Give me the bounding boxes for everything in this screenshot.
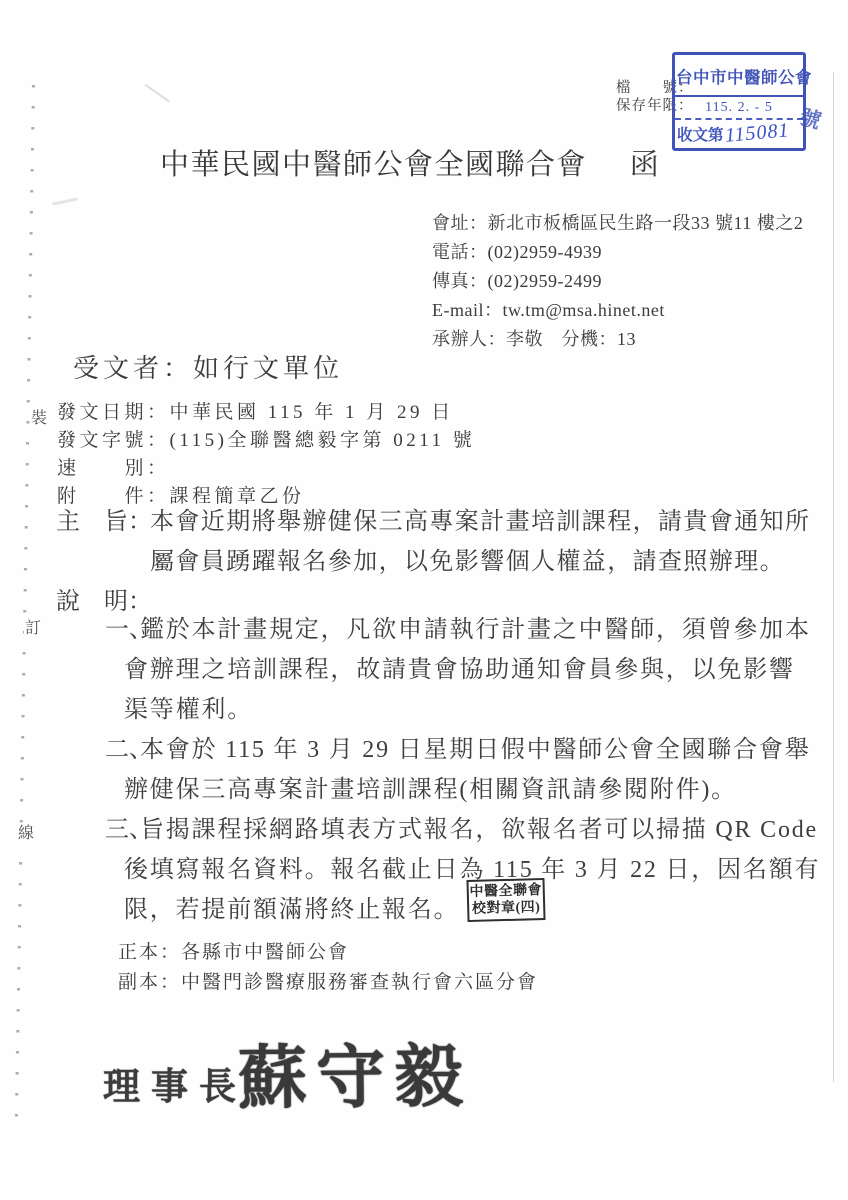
item-text-line: 本會於 115 年 3 月 29 日星期日假中醫師公會全國聯合會舉 bbox=[124, 730, 824, 770]
explanation-items: 一、 鑑於本計畫規定，凡欲申請執行計畫之中醫師，須曾參加本 會辦理之培訓課程，故… bbox=[0, 610, 848, 930]
subject-text-line: 屬會員踴躍報名參加，以免影響個人權益，請查照辦理。 bbox=[150, 542, 822, 582]
issuing-org-name: 中華民國中醫師公會全國聯合會 bbox=[160, 149, 587, 181]
recipient-line: 受文者：如行文單位 bbox=[73, 348, 343, 385]
item-text-line: 旨揭課程採網路填表方式報名，欲報名者可以掃描 QR Code bbox=[124, 810, 824, 850]
received-stamp-number-handwritten: 115081 bbox=[724, 119, 790, 148]
letterhead-contact-block: 會址：新北市板橋區民生路一段33 號11 樓之2 電話：(02)2959-493… bbox=[432, 209, 803, 354]
binding-dotted-line bbox=[15, 85, 35, 1133]
item-text-line: 鑑於本計畫規定，凡欲申請執行計畫之中醫師，須曾參加本 bbox=[124, 610, 824, 650]
item-number: 一、 bbox=[105, 610, 153, 650]
scan-artifact bbox=[144, 84, 170, 103]
doc-number-row: 發文字號：(115)全聯醫總毅字第 0211 號 bbox=[57, 427, 475, 455]
proof-stamp-line2: 校對章(四) bbox=[469, 899, 543, 918]
proof-stamp: 中醫全聯會 校對章(四) bbox=[466, 878, 545, 922]
cc-copy-row: 副本：中醫門診醫療服務審查執行會六區分會 bbox=[118, 968, 538, 998]
speed-class-row: 速 別： bbox=[57, 455, 475, 483]
document-title: 中華民國中醫師公會全國聯合會 函 bbox=[160, 142, 660, 183]
binding-mark-zhuang: 裝 bbox=[30, 408, 48, 430]
page-edge-line bbox=[833, 72, 834, 1082]
recipient-label: 受文者： bbox=[73, 354, 193, 383]
letterhead-address: 會址：新北市板橋區民生路一段33 號11 樓之2 bbox=[432, 209, 803, 238]
item-number: 三、 bbox=[105, 810, 153, 850]
item-text-line: 辦健保三高專案計畫培訓課程(相關資訊請參閱附件)。 bbox=[124, 770, 824, 810]
scan-artifact bbox=[52, 197, 78, 205]
recipient-value: 如行文單位 bbox=[193, 354, 343, 383]
item-text-line: 會辦理之培訓課程，故請貴會協助通知會員參與，以免影響 bbox=[124, 650, 824, 690]
received-stamp: 台中市中醫師公會 115. 2. - 5 收文第 115081 bbox=[672, 52, 806, 151]
subject-section: 主 旨： 本會近期將舉辦健保三高專案計畫培訓課程，請貴會通知所 屬會員踴躍報名參… bbox=[150, 502, 822, 582]
original-copy-row: 正本：各縣市中醫師公會 bbox=[118, 938, 538, 968]
letterhead-contact-person: 承辦人：李敬 分機：13 bbox=[432, 325, 803, 354]
letterhead-phone: 電話：(02)2959-4939 bbox=[432, 238, 803, 267]
copies-block: 正本：各縣市中醫師公會 副本：中醫門診醫療服務審查執行會六區分會 bbox=[118, 938, 538, 998]
letterhead-fax: 傳真：(02)2959-2499 bbox=[432, 267, 803, 296]
document-type: 函 bbox=[630, 149, 661, 181]
document-page: 裝 訂 線 檔 號： 保存年限： 台中市中醫師公會 115. 2. - 5 收文… bbox=[0, 0, 848, 1200]
explanation-item-1: 一、 鑑於本計畫規定，凡欲申請執行計畫之中醫師，須曾參加本 會辦理之培訓課程，故… bbox=[124, 610, 824, 730]
explanation-item-2: 二、 本會於 115 年 3 月 29 日星期日假中醫師公會全國聯合會舉 辦健保… bbox=[124, 730, 824, 810]
item-text-line: 渠等權利。 bbox=[124, 690, 824, 730]
document-meta-block: 發文日期：中華民國 115 年 1 月 29 日 發文字號：(115)全聯醫總毅… bbox=[57, 399, 475, 511]
signature-title: 理事長 bbox=[103, 1056, 247, 1110]
received-stamp-number-prefix: 收文第 bbox=[677, 123, 724, 145]
subject-text-line: 本會近期將舉辦健保三高專案計畫培訓課程，請貴會通知所 bbox=[150, 502, 822, 542]
signature-name: 蘇守毅 bbox=[238, 1021, 473, 1122]
proof-stamp-line1: 中醫全聯會 bbox=[469, 882, 543, 901]
item-number: 二、 bbox=[105, 730, 153, 770]
received-stamp-date: 115. 2. - 5 bbox=[675, 97, 803, 120]
issue-date-row: 發文日期：中華民國 115 年 1 月 29 日 bbox=[57, 399, 475, 427]
subject-label: 主 旨： bbox=[56, 502, 152, 542]
received-stamp-org: 台中市中醫師公會 bbox=[675, 55, 803, 97]
received-stamp-number: 收文第 115081 bbox=[675, 120, 803, 148]
letterhead-email: E-mail：tw.tm@msa.hinet.net bbox=[432, 296, 803, 325]
